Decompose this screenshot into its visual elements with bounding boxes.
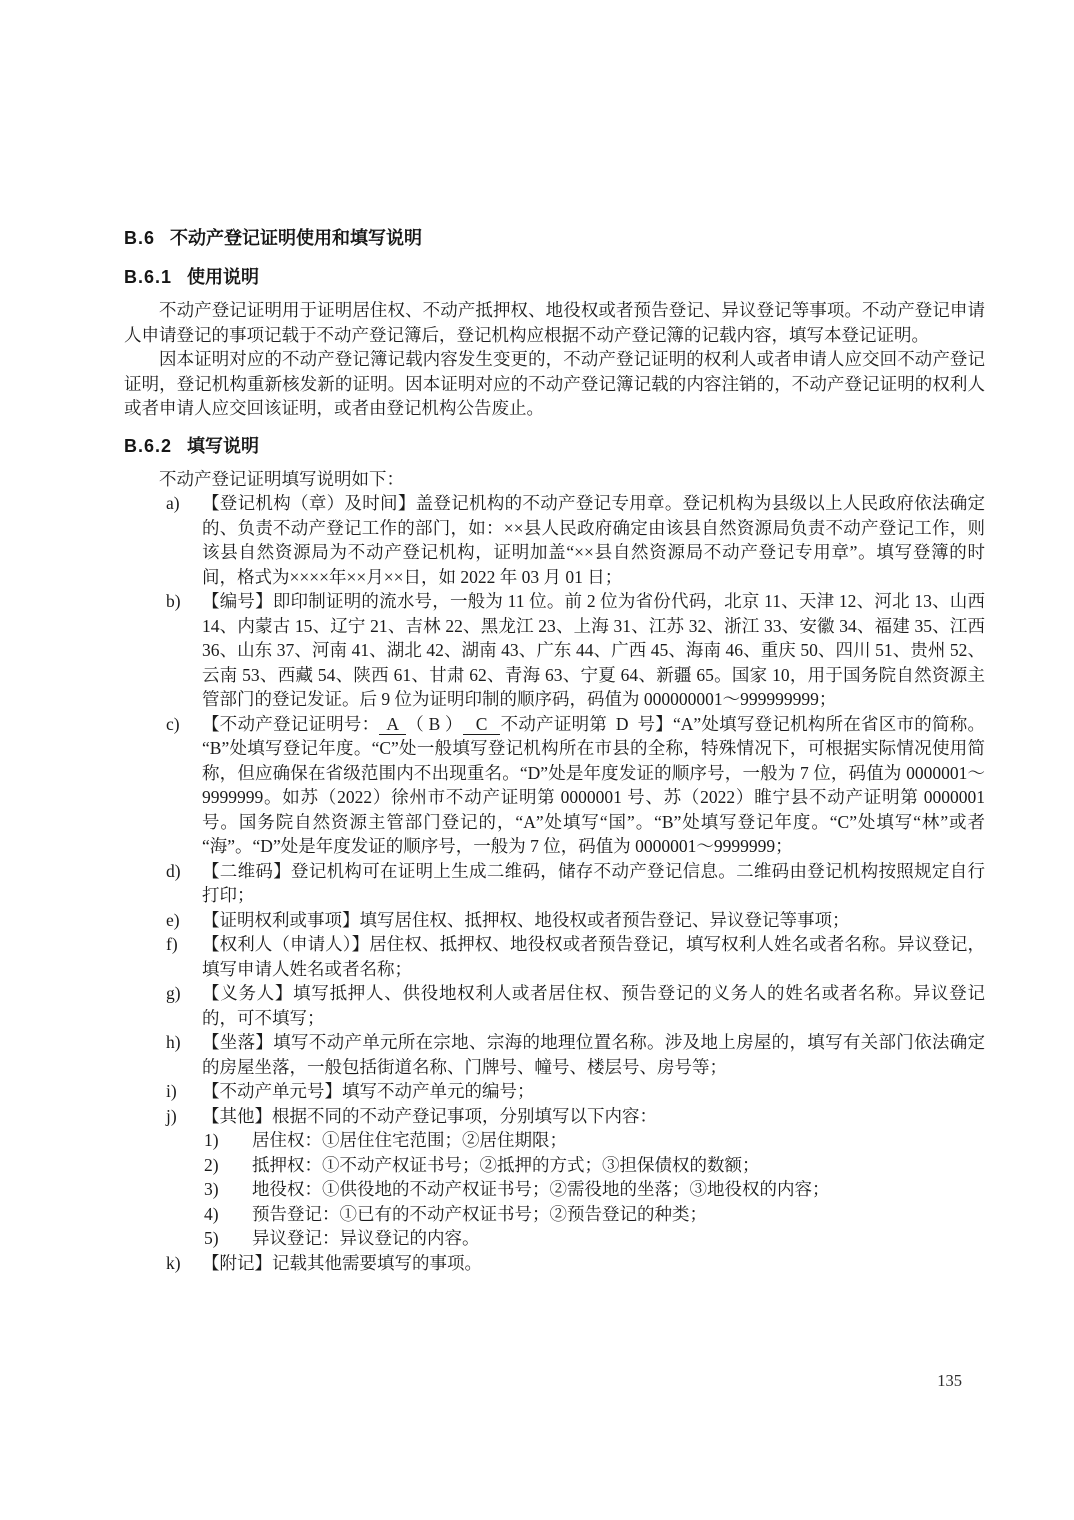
sub-item-text: 居住权：①居住住宅范围；②居住期限； xyxy=(252,1130,567,1150)
sub-list-item-4: 4) 预告登记：①已有的不动产权证书号；②预告登记的种类； xyxy=(202,1202,985,1227)
sub-list-item-2: 2) 抵押权：①不动产权证书号；②抵押的方式；③担保债权的数额； xyxy=(202,1153,985,1178)
item-text: 【其他】根据不同的不动产登记事项，分别填写以下内容： xyxy=(202,1106,657,1126)
item-text: 【不动产单元号】填写不动产单元的编号； xyxy=(202,1081,535,1101)
usage-paragraph-2: 因本证明对应的不动产登记簿记载内容发生变更的，不动产登记证明的权利人或者申请人应… xyxy=(124,347,985,421)
item-text: 【证明权利或事项】填写居住权、抵押权、地役权或者预告登记、异议登记等事项； xyxy=(202,910,850,930)
list-item-j: j) 【其他】根据不同的不动产登记事项，分别填写以下内容： 1) 居住权：①居住… xyxy=(124,1104,985,1251)
list-item-d: d) 【二维码】登记机构可在证明上生成二维码，储存不动产登记信息。二维码由登记机… xyxy=(124,859,985,908)
document-page: B.6不动产登记证明使用和填写说明 B.6.1使用说明 不动产登记证明用于证明居… xyxy=(0,0,1074,1520)
subsection-title-usage: 使用说明 xyxy=(187,267,259,287)
usage-paragraph-1: 不动产登记证明用于证明居住权、不动产抵押权、地役权或者预告登记、异议登记等事项。… xyxy=(124,298,985,347)
sub-item-marker: 1) xyxy=(204,1128,219,1153)
sub-item-text: 预告登记：①已有的不动产权证书号；②预告登记的种类； xyxy=(252,1204,707,1224)
item-text: 【不动产登记证明号：A（ B ）C不动产证明第 D 号】“A”处填写登记机构所在… xyxy=(202,714,985,857)
item-marker: b) xyxy=(166,589,181,614)
list-item-g: g) 【义务人】填写抵押人、供役地权利人或者居住权、预告登记的义务人的姓名或者名… xyxy=(124,981,985,1030)
list-item-e: e) 【证明权利或事项】填写居住权、抵押权、地役权或者预告登记、异议登记等事项； xyxy=(124,908,985,933)
item-text: 【附记】记载其他需要填写的事项。 xyxy=(202,1253,482,1273)
item-marker: e) xyxy=(166,908,180,933)
subsection-title-filling: 填写说明 xyxy=(187,436,259,456)
item-text-segment: 【不动产登记证明号： xyxy=(202,714,379,734)
item-marker: d) xyxy=(166,859,181,884)
item-marker: i) xyxy=(166,1079,177,1104)
item-marker: g) xyxy=(166,981,181,1006)
sub-item-text: 抵押权：①不动产权证书号；②抵押的方式；③担保债权的数额； xyxy=(252,1155,760,1175)
subsection-number-filling: B.6.2 xyxy=(124,436,172,456)
filling-item-list: a) 【登记机构（章）及时间】盖登记机构的不动产登记专用章。登记机构为县级以上人… xyxy=(124,491,985,1275)
item-marker: k) xyxy=(166,1251,181,1276)
item-marker: j) xyxy=(166,1104,177,1129)
list-item-k: k) 【附记】记载其他需要填写的事项。 xyxy=(124,1251,985,1276)
list-item-h: h) 【坐落】填写不动产单元所在宗地、宗海的地理位置名称。涉及地上房屋的，填写有… xyxy=(124,1030,985,1079)
sub-item-list: 1) 居住权：①居住住宅范围；②居住期限； 2) 抵押权：①不动产权证书号；②抵… xyxy=(202,1128,985,1251)
sub-list-item-5: 5) 异议登记：异议登记的内容。 xyxy=(202,1226,985,1251)
item-text-segment: 不动产证明第 D 号】“A”处填写登记机构所在省区市的简称。“B”处填写登记年度… xyxy=(202,714,985,857)
list-item-f: f) 【权利人（申请人）】居住权、抵押权、地役权或者预告登记，填写权利人姓名或者… xyxy=(124,932,985,981)
list-item-i: i) 【不动产单元号】填写不动产单元的编号； xyxy=(124,1079,985,1104)
sub-item-marker: 4) xyxy=(204,1202,219,1227)
item-text: 【坐落】填写不动产单元所在宗地、宗海的地理位置名称。涉及地上房屋的，填写有关部门… xyxy=(202,1032,985,1077)
sub-list-item-1: 1) 居住权：①居住住宅范围；②居住期限； xyxy=(202,1128,985,1153)
page-number: 135 xyxy=(937,1369,962,1394)
section-heading: B.6不动产登记证明使用和填写说明 xyxy=(124,226,985,251)
item-text: 【编号】即印制证明的流水号，一般为 11 位。前 2 位为省份代码，北京 11、… xyxy=(202,591,985,709)
item-text: 【义务人】填写抵押人、供役地权利人或者居住权、预告登记的义务人的姓名或者名称。异… xyxy=(202,983,985,1028)
sub-item-marker: 3) xyxy=(204,1177,219,1202)
subsection-heading-usage: B.6.1使用说明 xyxy=(124,265,985,290)
item-marker: f) xyxy=(166,932,178,957)
list-item-c: c) 【不动产登记证明号：A（ B ）C不动产证明第 D 号】“A”处填写登记机… xyxy=(124,712,985,859)
subsection-heading-filling: B.6.2填写说明 xyxy=(124,434,985,459)
underlined-placeholder-a: A xyxy=(379,714,406,735)
item-text: 【登记机构（章）及时间】盖登记机构的不动产登记专用章。登记机构为县级以上人民政府… xyxy=(202,493,985,587)
section-number: B.6 xyxy=(124,228,155,248)
item-marker: c) xyxy=(166,712,180,737)
filling-intro: 不动产登记证明填写说明如下： xyxy=(124,467,985,492)
list-item-a: a) 【登记机构（章）及时间】盖登记机构的不动产登记专用章。登记机构为县级以上人… xyxy=(124,491,985,589)
item-marker: h) xyxy=(166,1030,181,1055)
sub-item-marker: 2) xyxy=(204,1153,219,1178)
sub-item-marker: 5) xyxy=(204,1226,219,1251)
item-marker: a) xyxy=(166,491,180,516)
underlined-placeholder-c: C xyxy=(463,714,501,735)
sub-list-item-3: 3) 地役权：①供役地的不动产权证书号；②需役地的坐落；③地役权的内容； xyxy=(202,1177,985,1202)
sub-item-text: 地役权：①供役地的不动产权证书号；②需役地的坐落；③地役权的内容； xyxy=(252,1179,830,1199)
sub-item-text: 异议登记：异议登记的内容。 xyxy=(252,1228,480,1248)
subsection-number-usage: B.6.1 xyxy=(124,267,172,287)
section-title: 不动产登记证明使用和填写说明 xyxy=(170,228,422,248)
page-content: B.6不动产登记证明使用和填写说明 B.6.1使用说明 不动产登记证明用于证明居… xyxy=(124,226,985,1275)
item-text: 【二维码】登记机构可在证明上生成二维码，储存不动产登记信息。二维码由登记机构按照… xyxy=(202,861,985,906)
item-text-segment: （ B ） xyxy=(406,714,463,734)
list-item-b: b) 【编号】即印制证明的流水号，一般为 11 位。前 2 位为省份代码，北京 … xyxy=(124,589,985,712)
item-text: 【权利人（申请人）】居住权、抵押权、地役权或者预告登记，填写权利人姓名或者名称。… xyxy=(202,934,985,979)
